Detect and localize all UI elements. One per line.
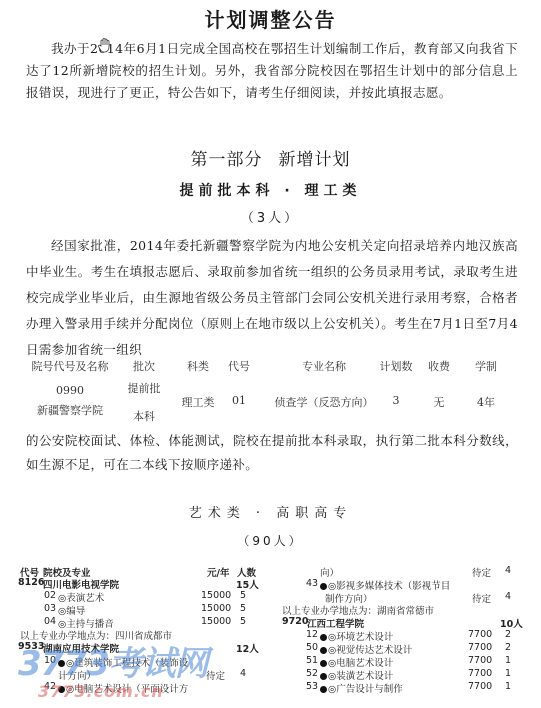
school-code: 9533 <box>18 641 44 652</box>
major-name-wrap: ◎电脑艺术设计 <box>320 655 393 669</box>
major-name-wrap: ◎视觉传达艺术设计 <box>320 642 412 656</box>
major-fee: 15000 <box>201 603 231 614</box>
major-count: 5 <box>240 590 246 601</box>
major-fee: 7700 <box>468 681 492 692</box>
bullet-icon <box>320 583 327 590</box>
major-name-wrap: ◎建筑装饰工程技术（装饰设 <box>58 655 188 669</box>
major-name: ◎表演艺术 <box>58 590 104 604</box>
major-fee: 7700 <box>468 668 492 679</box>
major-code: 03 <box>44 603 56 614</box>
list-header-fee: 元/年 <box>207 565 229 579</box>
major-name-wrap: ◎影视多媒体技术（影视节目 <box>320 578 450 592</box>
major-fee: 15000 <box>201 616 231 627</box>
art-program-list: 代号 院校及专业 元/年 人数 8126 四川电影电视学院 15人 02 ◎表演… <box>0 0 541 708</box>
major-count: 4 <box>505 565 511 576</box>
major-code: 53 <box>306 681 318 692</box>
major-code: 12 <box>306 629 318 640</box>
major-code: 42 <box>44 681 56 692</box>
major-fee: 7700 <box>468 655 492 666</box>
bullet-icon <box>320 634 327 641</box>
school-code: 8126 <box>18 577 44 588</box>
major-fee: 待定 <box>472 591 491 605</box>
major-count: 4 <box>240 668 246 679</box>
major-fee: 7700 <box>468 642 492 653</box>
school-name: 江西工程学院 <box>307 616 364 630</box>
major-fee: 待定 <box>472 565 491 579</box>
school-count: 15人 <box>236 577 259 591</box>
major-count: 1 <box>505 668 511 679</box>
major-count: 1 <box>505 655 511 666</box>
major-fee: 15000 <box>201 590 231 601</box>
bullet-icon <box>320 686 327 693</box>
major-code: 04 <box>44 616 56 627</box>
major-name-wrap: ◎电脑艺术设计（平面设计方 <box>58 681 188 695</box>
major-count: 2 <box>505 642 511 653</box>
major-code: 43 <box>306 578 318 589</box>
bullet-icon <box>320 660 327 667</box>
school-code: 9720 <box>282 616 308 627</box>
major-name-wrap: ◎环境艺术设计 <box>320 629 393 643</box>
major-count: 5 <box>240 603 246 614</box>
major-code: 50 <box>306 642 318 653</box>
school-count: 12人 <box>236 641 259 655</box>
school-name: 四川电影电视学院 <box>43 577 119 591</box>
bullet-icon <box>58 660 65 667</box>
major-count: 2 <box>505 629 511 640</box>
major-name-cont: 计方向） <box>58 668 96 682</box>
major-name: ◎编导 <box>58 603 85 617</box>
bullet-icon <box>320 673 327 680</box>
major-name-cont: 向） <box>320 565 339 579</box>
school-count: 10人 <box>500 616 523 630</box>
major-name-wrap: ◎广告设计与制作 <box>320 681 403 695</box>
major-count: 1 <box>505 681 511 692</box>
major-name-wrap: ◎装潢艺术设计 <box>320 668 393 682</box>
location-note: 以上专业办学地点为：四川省成都市 <box>20 628 172 642</box>
location-note: 以上专业办学地点为：湖南省常德市 <box>282 603 434 617</box>
bullet-icon <box>58 686 65 693</box>
major-count: 5 <box>240 616 246 627</box>
major-code: 02 <box>44 590 56 601</box>
major-code: 10 <box>44 655 56 666</box>
major-code: 52 <box>306 668 318 679</box>
major-fee: 7700 <box>468 629 492 640</box>
bullet-icon <box>320 647 327 654</box>
major-count: 4 <box>505 591 511 602</box>
major-code: 51 <box>306 655 318 666</box>
major-fee: 待定 <box>206 668 225 682</box>
school-name: 湖南应用技术学院 <box>43 641 119 655</box>
